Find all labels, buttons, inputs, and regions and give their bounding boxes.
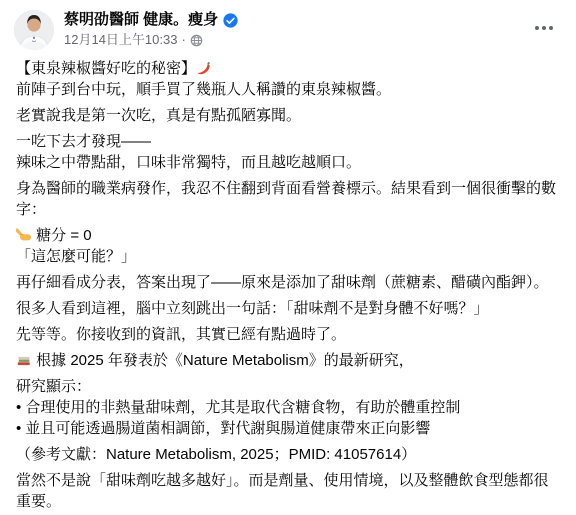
more-options-icon[interactable]: [528, 12, 560, 44]
author-name[interactable]: 蔡明劭醫師 健康。瘦身: [64, 10, 218, 30]
post-text: 研究顯示： • 合理使用的非熱量甜味劑，尤其是取代含糖食物，有助於體重控制 • …: [16, 378, 460, 437]
header-meta: 蔡明劭醫師 健康。瘦身 12月14日上午10:33 ·: [64, 10, 528, 48]
post-text: 老實說我是第一次吃，真是有點孤陋寡聞。: [16, 107, 301, 124]
verified-badge-icon: [223, 13, 238, 28]
facebook-post: 蔡明劭醫師 健康。瘦身 12月14日上午10:33 ·: [0, 0, 576, 515]
post-text: 根據 2025 年發表於《Nature Metabolism》的最新研究，: [32, 352, 414, 369]
post-paragraph: （參考文獻：Nature Metabolism, 2025；PMID: 4105…: [16, 444, 560, 465]
post-text: 一吃下去才發現—— 辣味之中帶點甜，口味非常獨特，而且越吃越順口。: [16, 133, 361, 171]
post-header: 蔡明劭醫師 健康。瘦身 12月14日上午10:33 ·: [0, 0, 576, 58]
post-text: 【東泉辣椒醬好吃的秘密】: [16, 60, 196, 77]
pointing-finger-icon: [16, 227, 32, 243]
post-text: 先等等。你接收到的資訊，其實已經有點過時了。: [16, 326, 346, 343]
post-paragraph: 很多人看到這裡，腦中立刻跳出一句話：「甜味劑不是對身體不好嗎？」: [16, 298, 560, 319]
post-paragraph: 根據 2025 年發表於《Nature Metabolism》的最新研究，: [16, 350, 560, 371]
post-paragraph: 身為醫師的職業病發作，我忍不住翻到背面看營養標示。結果看到一個很衝擊的數字：: [16, 178, 560, 220]
post-paragraph: 糖分 = 0 「這怎麼可能？」: [16, 225, 560, 267]
post-text: （參考文獻：Nature Metabolism, 2025；PMID: 4105…: [16, 446, 416, 463]
post-paragraph: 當然不是說「甜味劑吃越多越好」。而是劑量、使用情境，以及整體飲食型態都很重要。: [16, 470, 560, 512]
avatar[interactable]: [14, 10, 54, 50]
books-icon: [16, 352, 32, 368]
post-text: 很多人看到這裡，腦中立刻跳出一句話：「甜味劑不是對身體不好嗎？」: [16, 300, 489, 317]
timestamp[interactable]: 12月14日上午10:33: [64, 32, 177, 48]
post-text: 當然不是說「甜味劑吃越多越好」。而是劑量、使用情境，以及整體飲食型態都很重要。: [16, 472, 549, 510]
post-text: 再仔細看成分表，答案出現了——原來是添加了甜味劑（蔗糖素、醋磺內酯鉀）。: [16, 274, 549, 291]
post-paragraph: 再仔細看成分表，答案出現了——原來是添加了甜味劑（蔗糖素、醋磺內酯鉀）。: [16, 272, 560, 293]
post-text: 糖分 = 0 「這怎麼可能？」: [16, 227, 136, 265]
post-paragraph: 研究顯示： • 合理使用的非熱量甜味劑，尤其是取代含糖食物，有助於體重控制 • …: [16, 376, 560, 439]
post-paragraph: 【東泉辣椒醬好吃的秘密】 前陣子到台中玩，順手買了幾瓶人人稱讚的東泉辣椒醬。: [16, 58, 560, 100]
globe-icon: [190, 34, 203, 47]
post-paragraph: 一吃下去才發現—— 辣味之中帶點甜，口味非常獨特，而且越吃越順口。: [16, 131, 560, 173]
post-text: 身為醫師的職業病發作，我忍不住翻到背面看營養標示。結果看到一個很衝擊的數字：: [16, 180, 556, 218]
post-paragraph: 老實說我是第一次吃，真是有點孤陋寡聞。: [16, 105, 560, 126]
doctor-avatar-image: [14, 10, 54, 50]
chili-icon: [196, 60, 212, 76]
post-paragraph: 先等等。你接收到的資訊，其實已經有點過時了。: [16, 324, 560, 345]
dot-separator: ·: [181, 32, 185, 48]
post-body: 【東泉辣椒醬好吃的秘密】 前陣子到台中玩，順手買了幾瓶人人稱讚的東泉辣椒醬。老實…: [0, 58, 576, 512]
post-text: 前陣子到台中玩，順手買了幾瓶人人稱讚的東泉辣椒醬。: [16, 81, 391, 98]
